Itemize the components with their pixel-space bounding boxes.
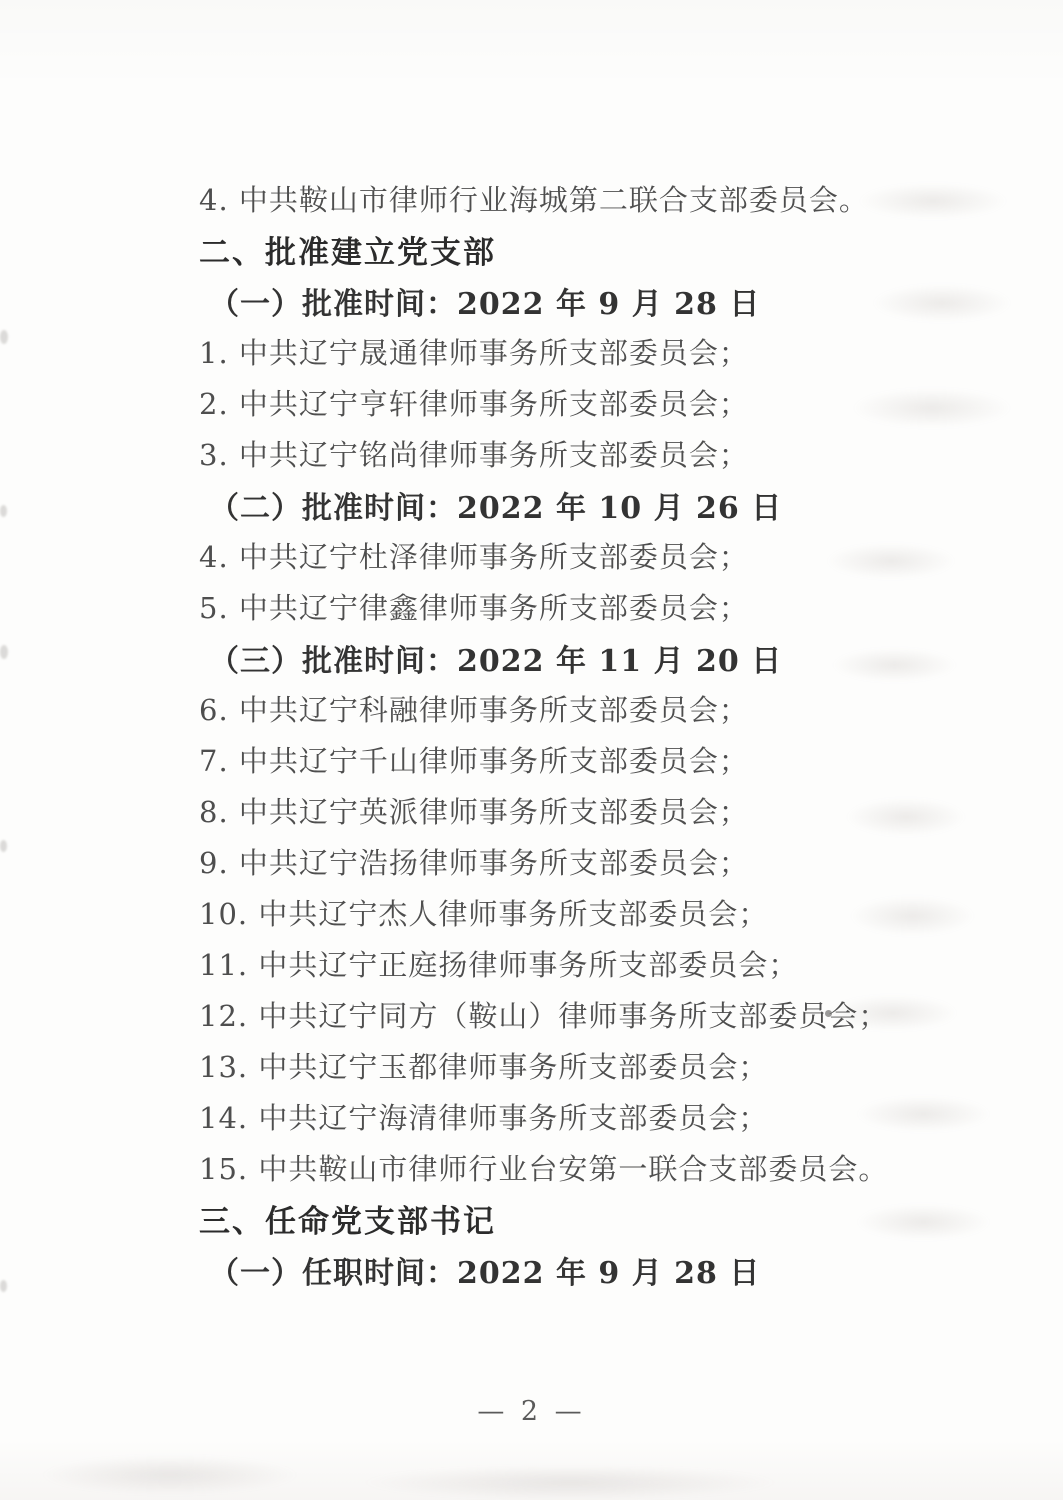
document-line: 4. 中共辽宁杜泽律师事务所支部委员会； xyxy=(199,530,979,581)
document-line: 5. 中共辽宁律鑫律师事务所支部委员会； xyxy=(199,581,979,632)
document-line: （一）任职时间：2022 年 9 月 28 日 xyxy=(199,1244,979,1295)
document-line-text: （一）批准时间：2022 年 9 月 28 日 xyxy=(209,279,760,323)
document-line: 2. 中共辽宁亨轩律师事务所支部委员会； xyxy=(199,377,979,428)
document-line-text: 8. 中共辽宁英派律师事务所支部委员会； xyxy=(199,790,749,831)
document-line: 1. 中共辽宁晟通律师事务所支部委员会； xyxy=(199,326,979,377)
document-line-text: 12. 中共辽宁同方（鞍山）律师事务所支部委员会； xyxy=(199,994,888,1035)
document-line-text: 15. 中共鞍山市律师行业台安第一联合支部委员会。 xyxy=(199,1147,888,1188)
document-line-text: 二、批准建立党支部 xyxy=(199,227,496,272)
document-line-text: 7. 中共辽宁千山律师事务所支部委员会； xyxy=(199,739,749,780)
edge-speck xyxy=(0,330,8,344)
document-line: （一）批准时间：2022 年 9 月 28 日 xyxy=(199,275,979,326)
document-line: 三、任命党支部书记 xyxy=(199,1193,979,1244)
document-line: 10. 中共辽宁杰人律师事务所支部委员会； xyxy=(199,887,979,938)
document-body: 4. 中共鞍山市律师行业海城第二联合支部委员会。 二、批准建立党支部 （一）批准… xyxy=(199,173,979,1295)
document-line-text: 4. 中共鞍山市律师行业海城第二联合支部委员会。 xyxy=(199,178,869,219)
edge-speck xyxy=(0,1280,7,1292)
document-line-text: 13. 中共辽宁玉都律师事务所支部委员会； xyxy=(199,1045,768,1086)
document-line: 3. 中共辽宁铭尚律师事务所支部委员会； xyxy=(199,428,979,479)
document-line-text: 4. 中共辽宁杜泽律师事务所支部委员会； xyxy=(199,535,749,576)
document-line: 9. 中共辽宁浩扬律师事务所支部委员会； xyxy=(199,836,979,887)
document-line-text: （一）任职时间：2022 年 9 月 28 日 xyxy=(209,1248,760,1292)
document-line-text: 11. 中共辽宁正庭扬律师事务所支部委员会； xyxy=(199,943,798,984)
bleed-through-smudge xyxy=(40,1455,300,1495)
document-line-text: 5. 中共辽宁律鑫律师事务所支部委员会； xyxy=(199,586,749,627)
edge-speck xyxy=(0,505,7,517)
document-line: 15. 中共鞍山市律师行业台安第一联合支部委员会。 xyxy=(199,1142,979,1193)
document-line-text: （三）批准时间：2022 年 11 月 20 日 xyxy=(209,636,782,680)
scanned-document-page: 4. 中共鞍山市律师行业海城第二联合支部委员会。 二、批准建立党支部 （一）批准… xyxy=(0,0,1063,1500)
document-line-text: 6. 中共辽宁科融律师事务所支部委员会； xyxy=(199,688,749,729)
document-line: 7. 中共辽宁千山律师事务所支部委员会； xyxy=(199,734,979,785)
document-line-text: 3. 中共辽宁铭尚律师事务所支部委员会； xyxy=(199,433,749,474)
edge-speck xyxy=(0,840,7,852)
document-line-text: 9. 中共辽宁浩扬律师事务所支部委员会； xyxy=(199,841,749,882)
bleed-through-smudge xyxy=(360,1465,780,1500)
document-line: 12. 中共辽宁同方（鞍山）律师事务所支部委员会； xyxy=(199,989,979,1040)
document-line: 13. 中共辽宁玉都律师事务所支部委员会； xyxy=(199,1040,979,1091)
document-line-text: 三、任命党支部书记 xyxy=(199,1196,496,1241)
document-line-text: 10. 中共辽宁杰人律师事务所支部委员会； xyxy=(199,892,768,933)
document-line: （三）批准时间：2022 年 11 月 20 日 xyxy=(199,632,979,683)
document-line-text: （二）批准时间：2022 年 10 月 26 日 xyxy=(209,483,782,527)
page-footer: — 2 — xyxy=(0,1396,1063,1427)
document-line: 8. 中共辽宁英派律师事务所支部委员会； xyxy=(199,785,979,836)
document-line-text: 1. 中共辽宁晟通律师事务所支部委员会； xyxy=(199,331,749,372)
document-line: 6. 中共辽宁科融律师事务所支部委员会； xyxy=(199,683,979,734)
document-line-text: 14. 中共辽宁海清律师事务所支部委员会； xyxy=(199,1096,768,1137)
page-number: — 2 — xyxy=(477,1396,585,1427)
document-line: 11. 中共辽宁正庭扬律师事务所支部委员会； xyxy=(199,938,979,989)
document-line: 14. 中共辽宁海清律师事务所支部委员会； xyxy=(199,1091,979,1142)
document-line: 二、批准建立党支部 xyxy=(199,224,979,275)
document-line: 4. 中共鞍山市律师行业海城第二联合支部委员会。 xyxy=(199,173,979,224)
document-line-text: 2. 中共辽宁亨轩律师事务所支部委员会； xyxy=(199,382,749,423)
edge-speck xyxy=(0,645,8,659)
document-line: （二）批准时间：2022 年 10 月 26 日 xyxy=(199,479,979,530)
